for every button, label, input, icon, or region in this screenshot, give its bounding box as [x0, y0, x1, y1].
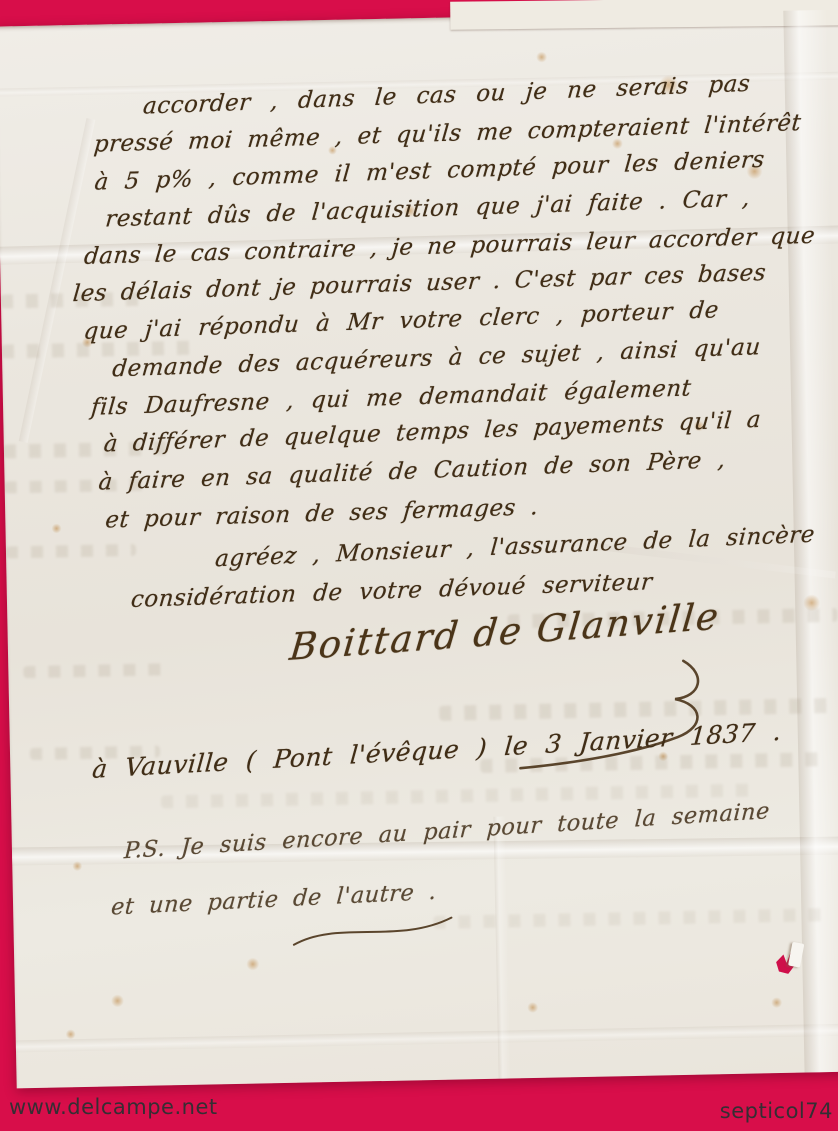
top-fold-flap [450, 0, 838, 30]
delcampe-watermark: www.delcampe.net [9, 1095, 218, 1119]
stain-spot [527, 1002, 538, 1013]
letter-paper: accorder , dans le cas ou je ne serais p… [0, 10, 838, 1089]
showthrough-writing [433, 908, 833, 929]
showthrough-writing [6, 544, 136, 559]
handwriting-line: et pour raison de ses fermages . [104, 496, 539, 532]
stain-spot [72, 861, 82, 871]
stain-spot [246, 957, 259, 970]
handwriting-line: restant dûs de l'acquisition que j'ai fa… [104, 188, 751, 232]
stain-spot [66, 1029, 76, 1039]
fold-crease [16, 1023, 838, 1052]
stain-spot [51, 523, 61, 533]
auction-photo: accorder , dans le cas ou je ne serais p… [0, 0, 838, 1131]
showthrough-writing [23, 663, 163, 678]
handwriting-line: à faire en sa qualité de Caution de son … [98, 449, 727, 495]
paper-tear-hole [774, 943, 807, 978]
stain-spot [771, 997, 782, 1008]
tear-hole-flap [788, 942, 804, 968]
stain-spot [536, 52, 547, 63]
stain-spot [111, 994, 124, 1007]
handwriting-line: demande des acquéreurs à ce sujet , ains… [111, 336, 761, 381]
handwriting-line: que j'ai répondu à Mr votre clerc , port… [83, 299, 720, 344]
postscript-flourish [287, 910, 458, 953]
seller-watermark: septicol74 [720, 1099, 833, 1123]
